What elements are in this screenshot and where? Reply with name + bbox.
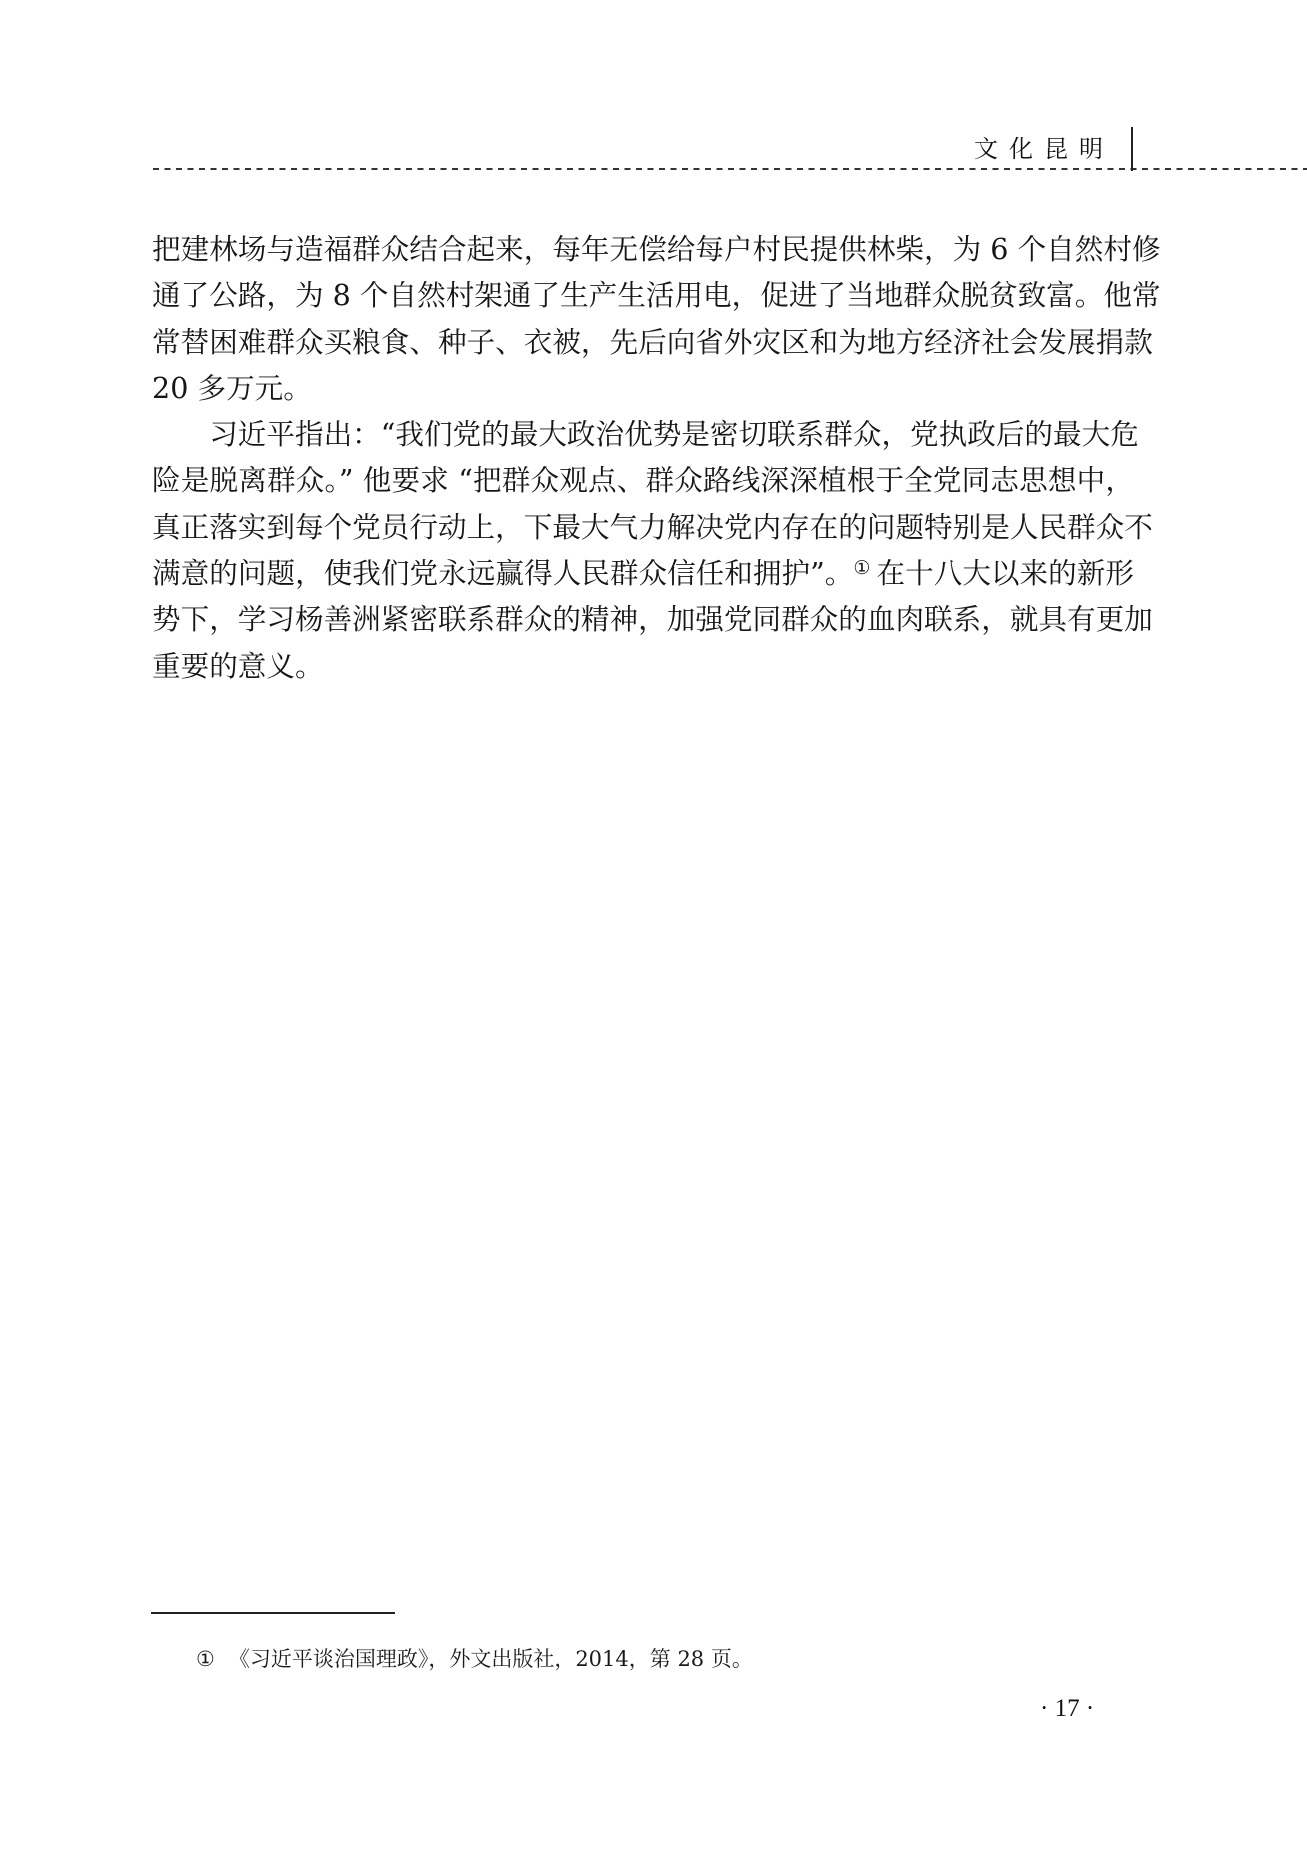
footnote-text: 《习近平谈治国理政》，外文出版社，2014，第 28 页。 <box>229 1647 753 1671</box>
page-number: · 17 · <box>1040 1694 1094 1724</box>
text-line: 把建林场与造福群众结合起来，每年无偿给每户村民提供林柴，为 6 个自然村修 <box>152 226 1134 272</box>
footnote-1: ①《习近平谈治国理政》，外文出版社，2014，第 28 页。 <box>196 1645 753 1673</box>
footnote-mark: ① <box>196 1647 215 1671</box>
text-segment: 满意的问题，使我们党永远赢得人民群众信任和拥护”。 <box>152 556 853 590</box>
text-segment: 在十八大以来的新形 <box>876 556 1134 590</box>
text-line: 常替困难群众买粮食、种子、衣被，先后向省外灾区和为地方经济社会发展捐款 <box>152 319 1134 365</box>
body-text: 把建林场与造福群众结合起来，每年无偿给每户村民提供林柴，为 6 个自然村修 通了… <box>152 226 1134 689</box>
text-line: 通了公路，为 8 个自然村架通了生产生活用电，促进了当地群众脱贫致富。他常 <box>152 272 1134 318</box>
text-line: 真正落实到每个党员行动上，下最大气力解决党内存在的问题特别是人民群众不 <box>152 504 1134 550</box>
running-header: 文化昆明 <box>0 0 1307 180</box>
text-line: 20 多万元。 <box>152 365 1134 411</box>
header-title: 文化昆明 <box>974 134 1114 164</box>
text-line-with-footnote: 满意的问题，使我们党永远赢得人民群众信任和拥护”。①在十八大以来的新形 <box>152 550 1134 596</box>
header-dashed-rule <box>153 168 1307 170</box>
footnote-separator <box>151 1612 395 1614</box>
text-line: 势下，学习杨善洲紧密联系群众的精神，加强党同群众的血肉联系，就具有更加 <box>152 596 1134 642</box>
footnote-reference[interactable]: ① <box>853 557 870 579</box>
paragraph-2: 习近平指出：“我们党的最大政治优势是密切联系群众，党执政后的最大危 险是脱离群众… <box>152 411 1134 689</box>
text-line: 重要的意义。 <box>152 643 1134 689</box>
header-vertical-bar <box>1131 127 1133 171</box>
paragraph-1: 把建林场与造福群众结合起来，每年无偿给每户村民提供林柴，为 6 个自然村修 通了… <box>152 226 1134 411</box>
text-line: 习近平指出：“我们党的最大政治优势是密切联系群众，党执政后的最大危 <box>152 411 1134 457</box>
text-line: 险是脱离群众。” 他要求 “把群众观点、群众路线深深植根于全党同志思想中， <box>152 457 1134 503</box>
